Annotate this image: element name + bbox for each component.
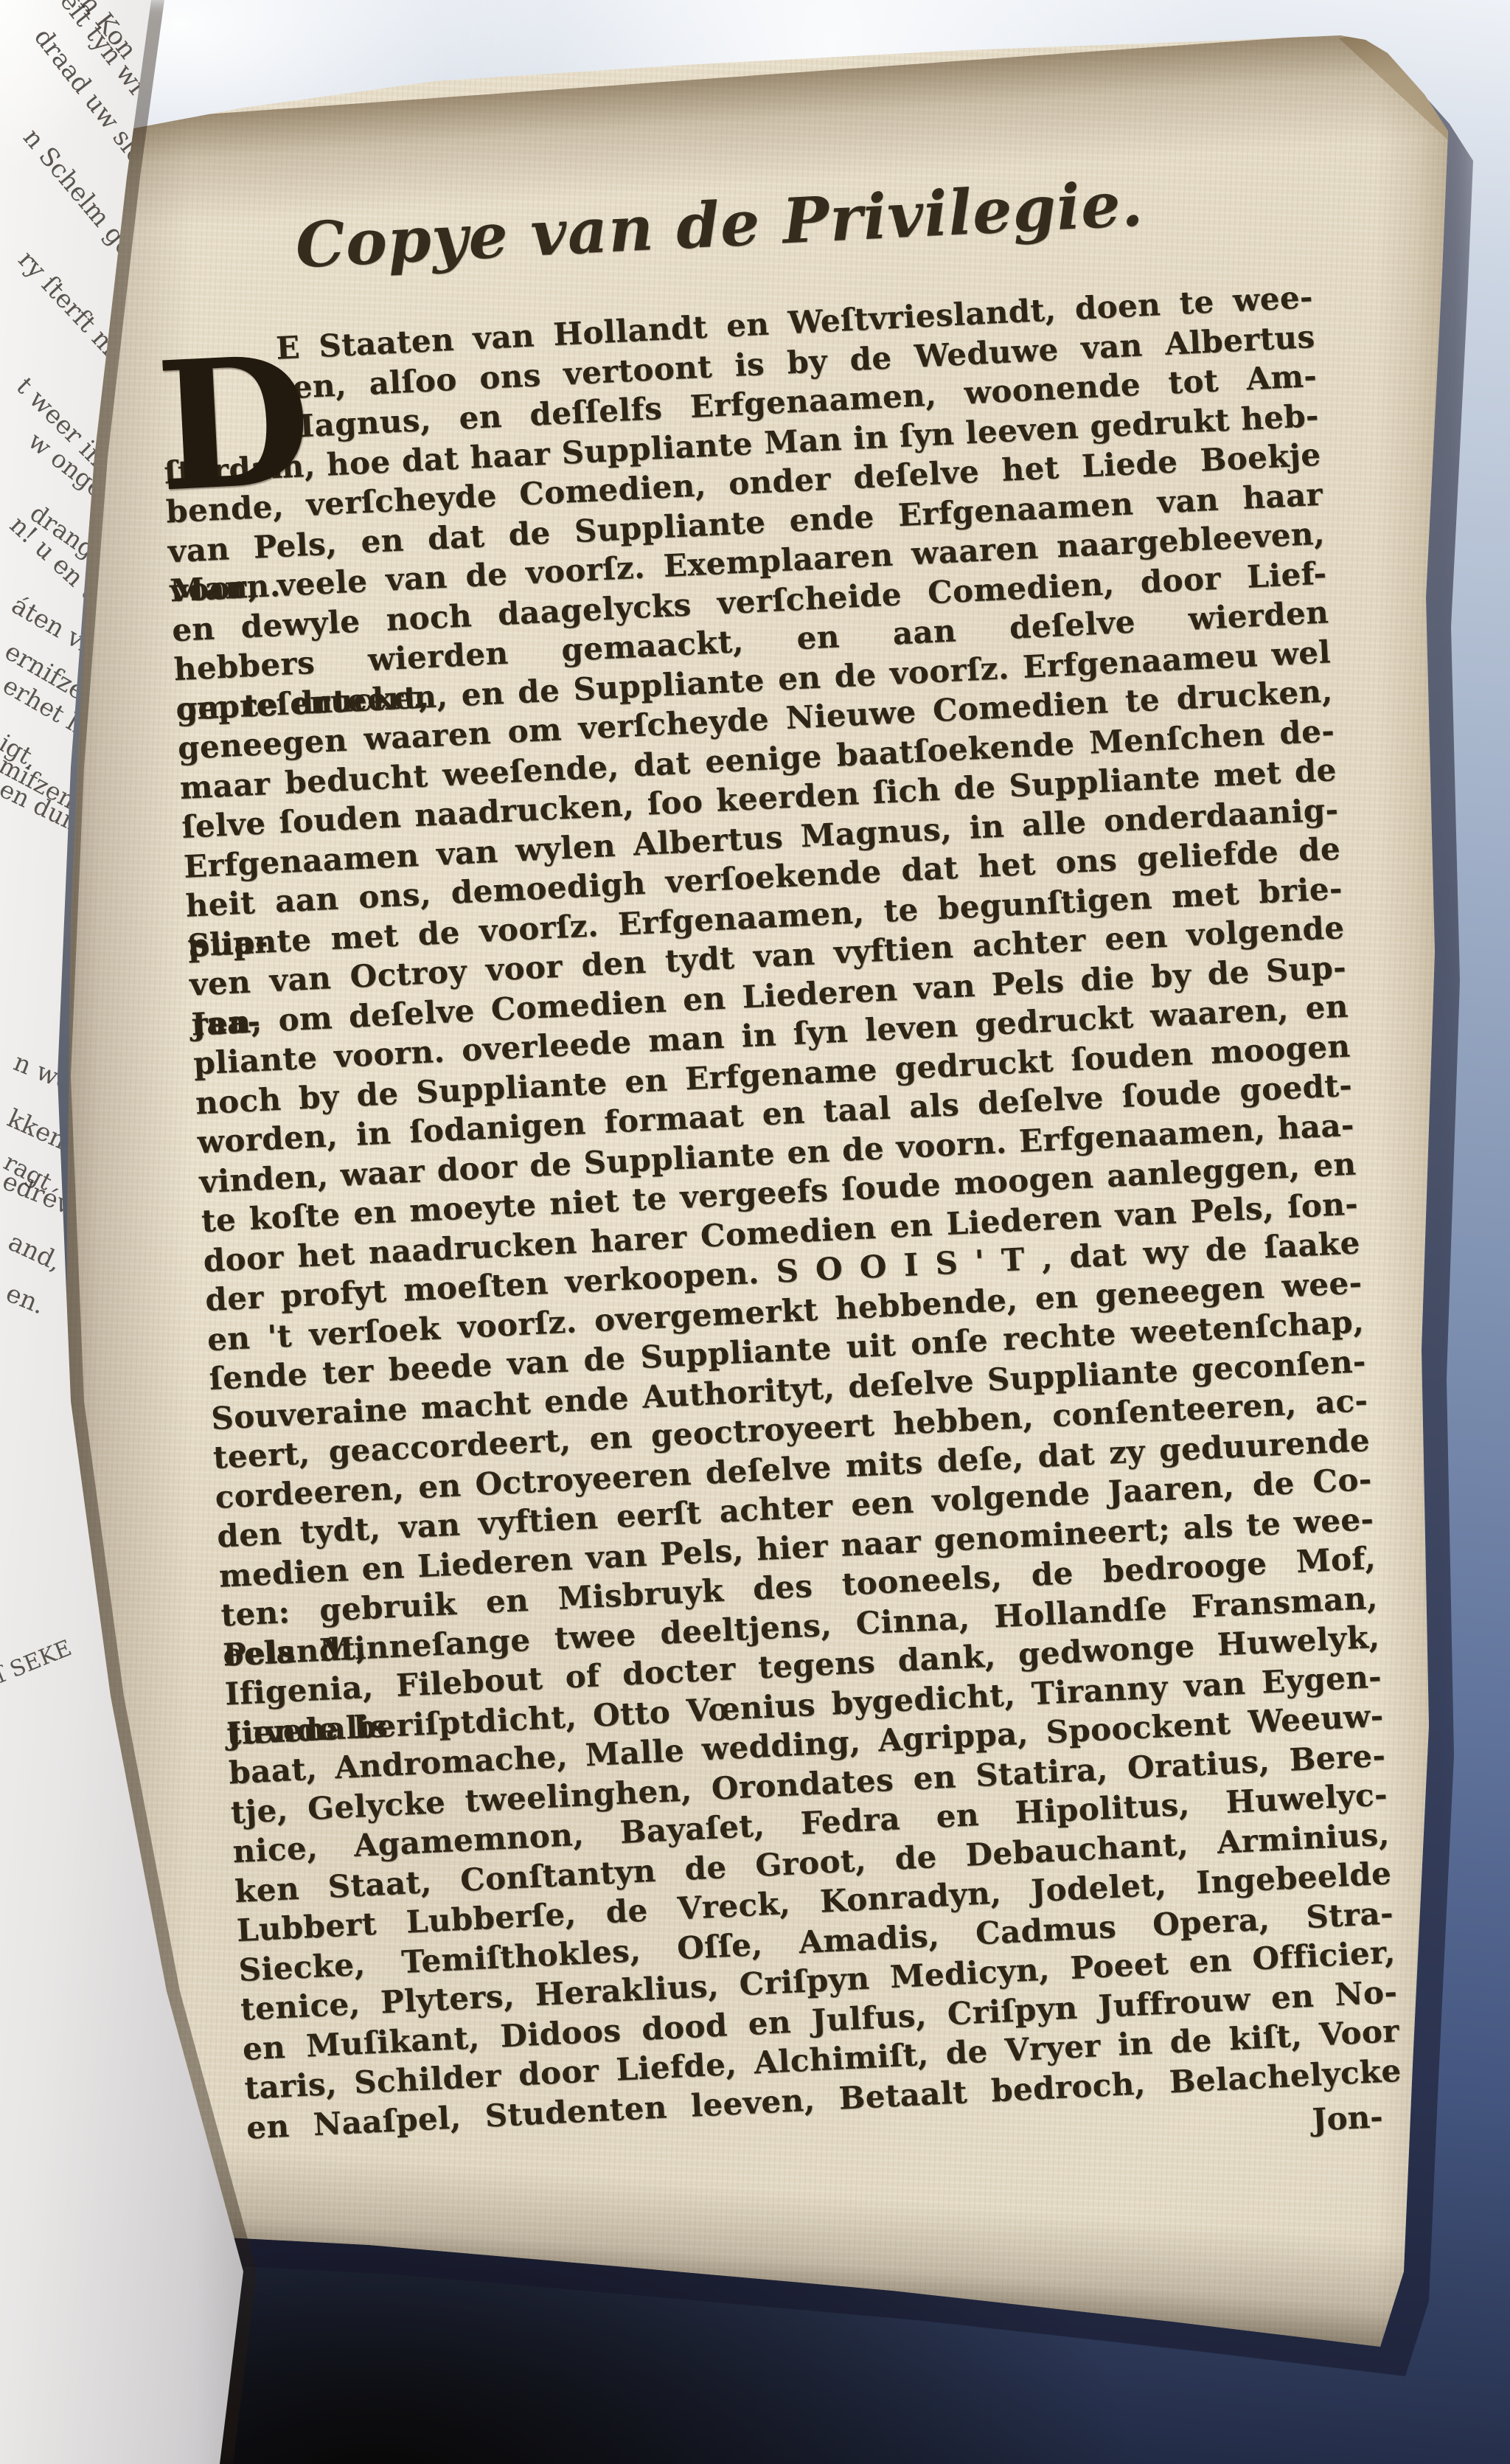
drop-cap-initial: D xyxy=(153,332,316,516)
privilege-text: E Staaten van Hollandt en Weſtvrieslandt… xyxy=(157,277,1402,2148)
book-page: Copye van de Privilegie. D E Staaten van… xyxy=(22,30,1460,2397)
printed-text-block: Copye van de Privilegie. D E Staaten van… xyxy=(151,155,1405,2191)
